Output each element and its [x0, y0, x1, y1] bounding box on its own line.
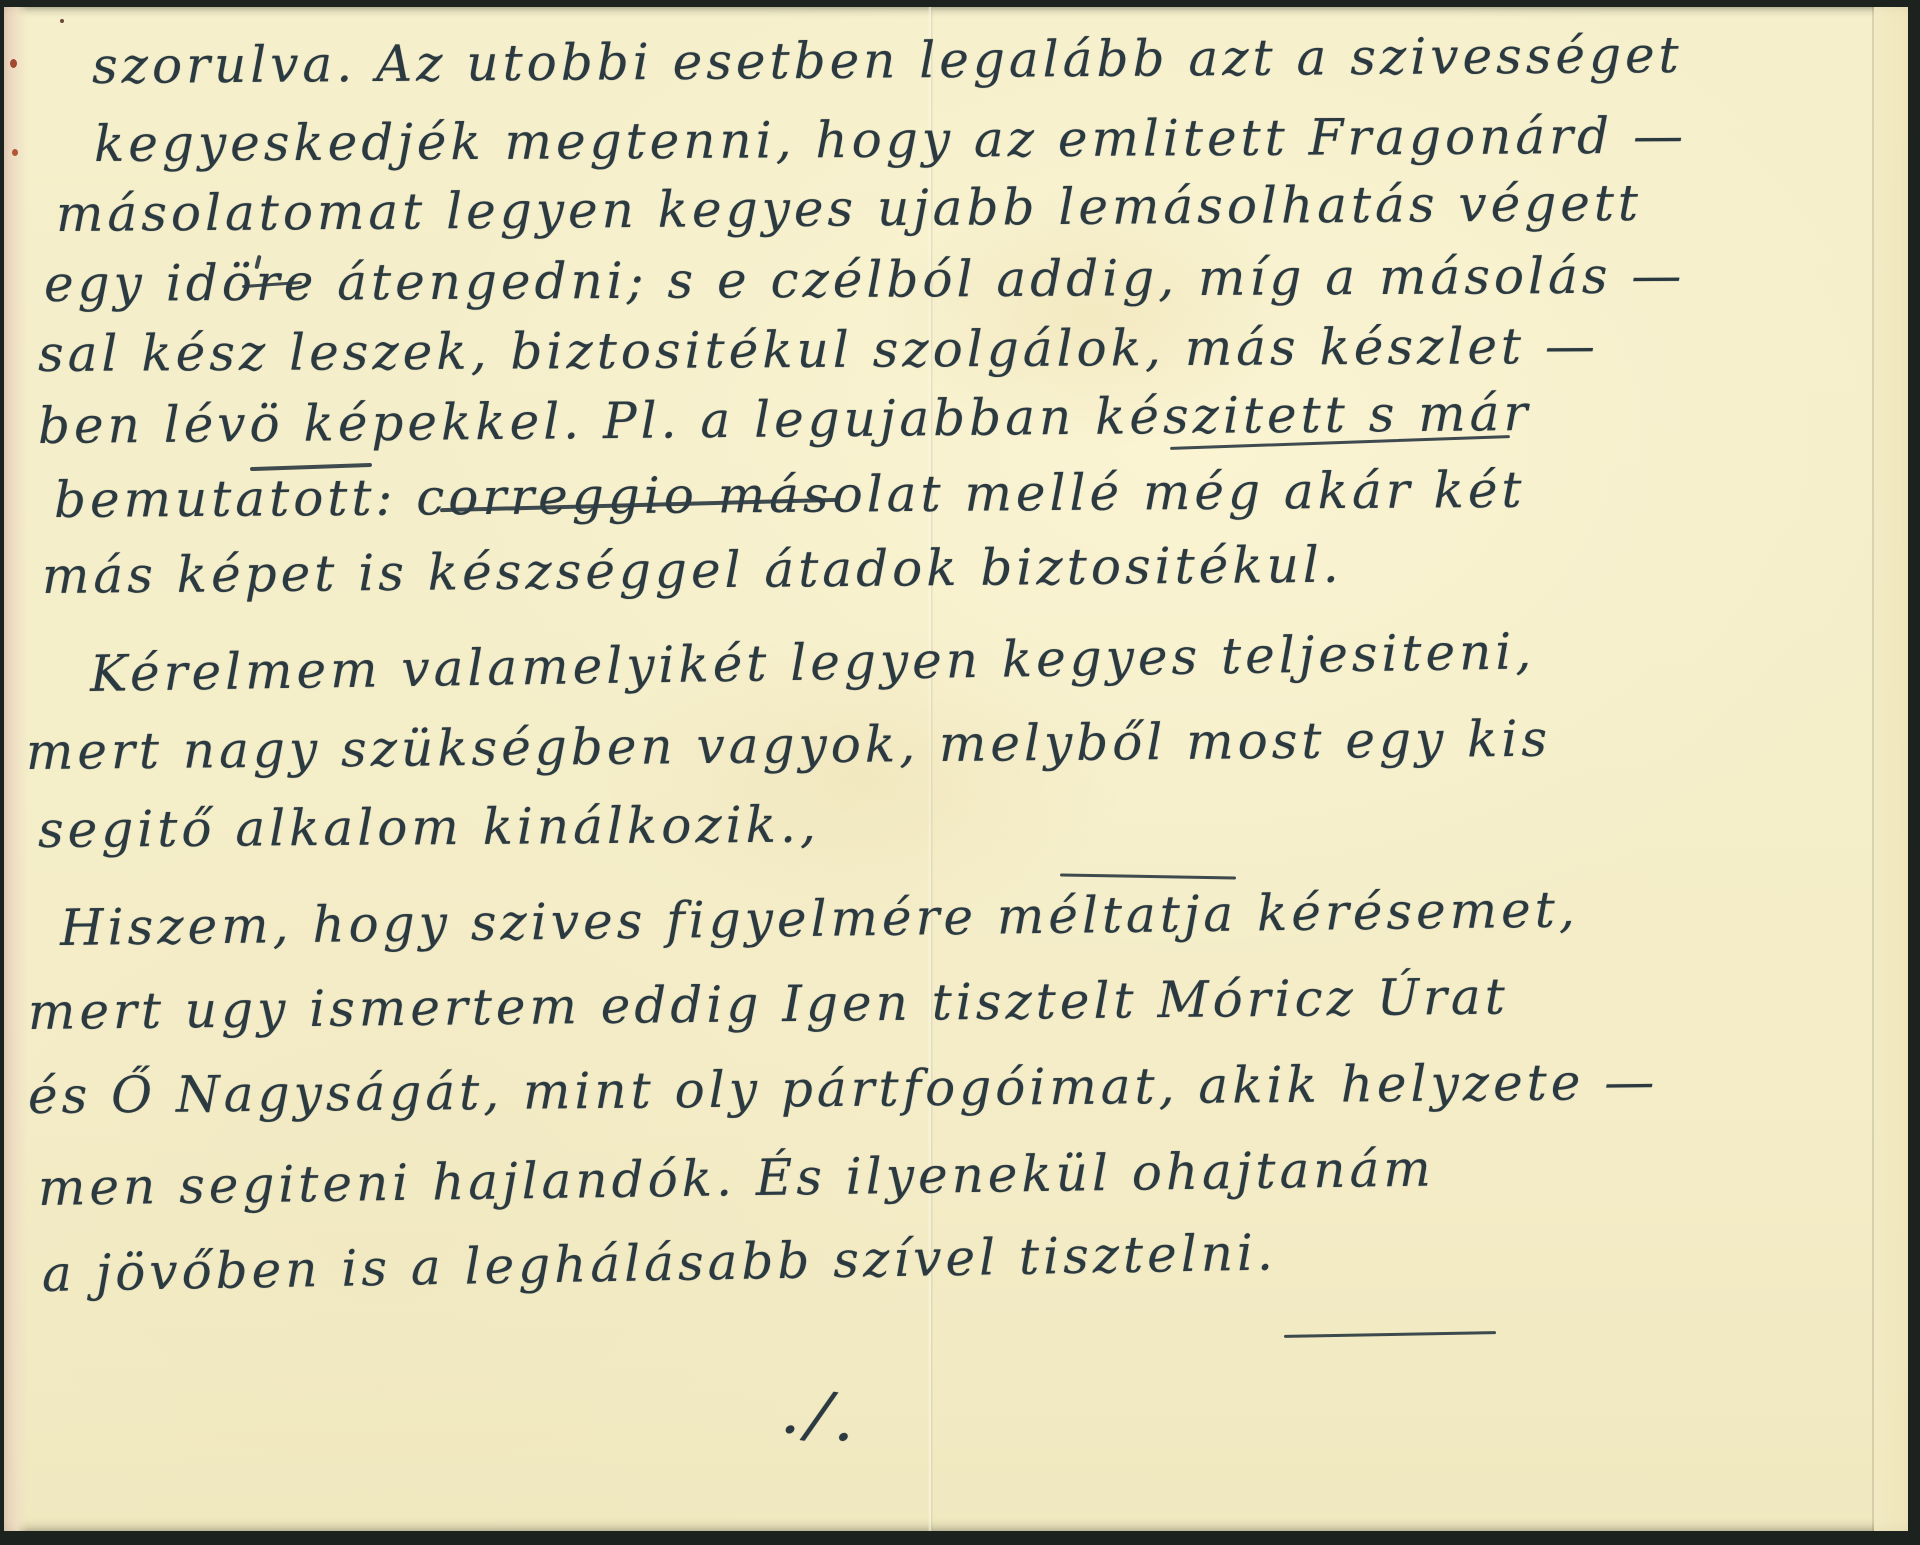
dash-after-tisztelni — [1284, 1331, 1496, 1338]
handwritten-line-12: Hiszem, hogy szives figyelmére méltatja … — [60, 880, 1579, 957]
handwritten-line-2: kegyeskedjék megtenni, hogy az emlitett … — [94, 107, 1687, 173]
letter-paper: szorulva. Az utobbi esetben legalább azt… — [4, 7, 1908, 1531]
dash-after-kinalkozik — [1060, 873, 1236, 879]
letter-scan: szorulva. Az utobbi esetben legalább azt… — [0, 0, 1920, 1545]
red-speck — [12, 149, 18, 156]
handwritten-line-5: sal kész leszek, biztositékul szolgálok,… — [38, 317, 1599, 383]
handwritten-line-9: Kérelmem valamelyikét legyen kegyes telj… — [90, 622, 1536, 703]
continuation-mark: ./. — [777, 1374, 867, 1458]
handwritten-line-7: bemutatott: correggio másolat mellé még … — [54, 461, 1526, 529]
handwritten-line-8: más képet is készséggel átadok biztosité… — [42, 536, 1343, 605]
handwritten-line-3: másolatomat legyen kegyes ujabb lemásolh… — [56, 174, 1642, 243]
handwritten-line-11: segitő alkalom kinálkozik., — [38, 796, 820, 859]
ink-speck — [60, 19, 64, 23]
paper-right-edge-line — [1872, 7, 1874, 1531]
red-speck — [10, 59, 17, 68]
paper-left-edge — [4, 7, 28, 1531]
paper-right-strip — [1874, 7, 1908, 1531]
handwritten-line-14: és Ő Nagyságát, mint oly pártfogóimat, a… — [28, 1053, 1659, 1125]
handwritten-line-13: mert ugy ismertem eddig Igen tisztelt Mó… — [28, 967, 1509, 1041]
handwritten-line-15: men segiteni hajlandók. És ilyenekül oha… — [38, 1140, 1436, 1217]
handwritten-line-4: egy idöre átengedni; s e czélból addig, … — [44, 246, 1686, 313]
handwritten-line-16: a jövőben is a leghálásabb szível tiszte… — [41, 1223, 1277, 1303]
handwritten-line-1: szorulva. Az utobbi esetben legalább azt… — [92, 26, 1683, 95]
handwritten-line-10: mert nagy szükségben vagyok, melyből mos… — [26, 710, 1552, 781]
